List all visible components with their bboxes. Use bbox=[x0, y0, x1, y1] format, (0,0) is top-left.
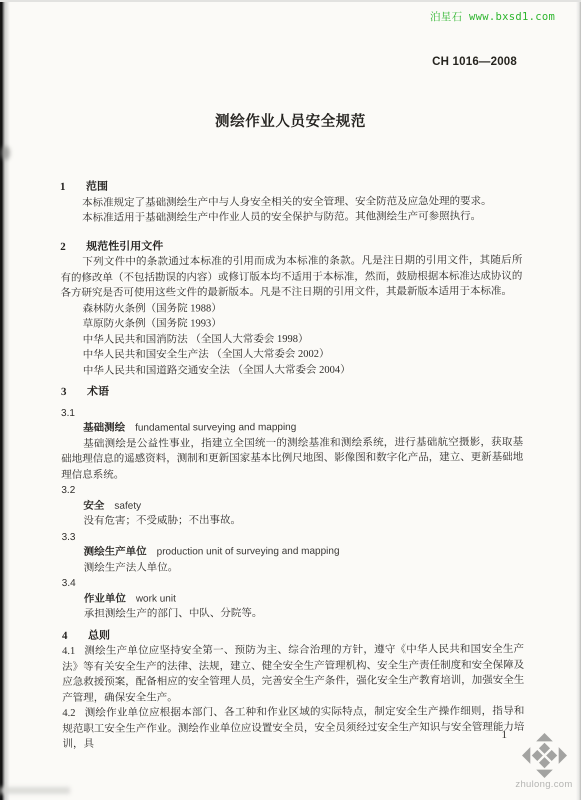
term-english: production unit of surveying and mapping bbox=[157, 546, 340, 558]
paragraph: 下列文件中的条款通过本标准的引用而成为本标准的条款。凡是注日期的引用文件，其随后… bbox=[60, 253, 522, 302]
paragraph: 本标准适用于基础测绘生产中作业人员的安全保护与防范。其他测绘生产可参照执行。 bbox=[60, 209, 522, 227]
clause-number: 4.1 bbox=[62, 646, 75, 657]
page-number: 1 bbox=[502, 729, 508, 741]
scan-smudge bbox=[0, 787, 70, 794]
clause-text: 测绘作业单位应根据本部门、各工种和作业区域的实际特点，制定安全生产操作细则，指导… bbox=[62, 706, 524, 750]
term-chinese: 基础测绘 bbox=[83, 423, 125, 434]
term-chinese: 安全 bbox=[83, 500, 104, 511]
section-number: 2 bbox=[60, 239, 86, 255]
zhulong-watermark: zhulong.com bbox=[514, 733, 574, 790]
term-english: work unit bbox=[136, 593, 176, 604]
scan-edge-top bbox=[0, 0, 581, 2]
section-number: 4 bbox=[62, 628, 88, 644]
clause-text: 测绘生产单位应坚持安全第一、预防为主、综合治理的方针，遵守《中华人民共和国安全生… bbox=[62, 644, 524, 704]
term-english: fundamental surveying and mapping bbox=[135, 422, 296, 434]
clause-number: 4.2 bbox=[62, 708, 75, 719]
section-title: 总则 bbox=[88, 629, 110, 641]
term-chinese: 测绘生产单位 bbox=[84, 547, 147, 558]
page-title: 测绘作业人员安全规范 bbox=[0, 110, 581, 131]
zhulong-logo-icon bbox=[522, 733, 567, 778]
section-title: 范围 bbox=[86, 181, 108, 193]
zhulong-logo-text: zhulong.com bbox=[514, 779, 574, 790]
section-heading-terms: 3术语 bbox=[61, 383, 523, 401]
standard-number: CH 1016—2008 bbox=[432, 56, 517, 68]
reference-item: 中华人民共和国道路交通安全法 （全国人大常委会 2004） bbox=[61, 361, 523, 379]
watermark-bxsd: 泊星石 www.bxsd1.com bbox=[430, 9, 580, 24]
section-number: 1 bbox=[60, 180, 86, 196]
section-title: 规范性引用文件 bbox=[86, 240, 163, 252]
term-chinese: 作业单位 bbox=[84, 593, 126, 604]
term-definition: 承担测绘生产的部门、中队、分院等。 bbox=[62, 605, 524, 623]
document-body: 1范围 本标准规定了基础测绘生产中与人身安全相关的安全管理、安全防范及应急处理的… bbox=[60, 178, 524, 753]
term-english: safety bbox=[114, 500, 141, 511]
reference-list: 森林防火条例（国务院 1988） 草原防火条例（国务院 1993） 中华人民共和… bbox=[61, 299, 523, 379]
scan-smudge bbox=[1, 146, 10, 160]
section-number: 3 bbox=[61, 385, 87, 401]
clause: 4.2测绘作业单位应根据本部门、各工种和作业区域的实际特点，制定安全生产操作细则… bbox=[62, 704, 524, 753]
clause: 4.1测绘生产单位应坚持安全第一、预防为主、综合治理的方针，遵守《中华人民共和国… bbox=[62, 642, 524, 706]
term-definition: 基础测绘是公益性事业，指建立全国统一的测绘基准和测绘系统，进行基础航空摄影，获取… bbox=[61, 434, 523, 483]
section-title: 术语 bbox=[87, 386, 109, 398]
